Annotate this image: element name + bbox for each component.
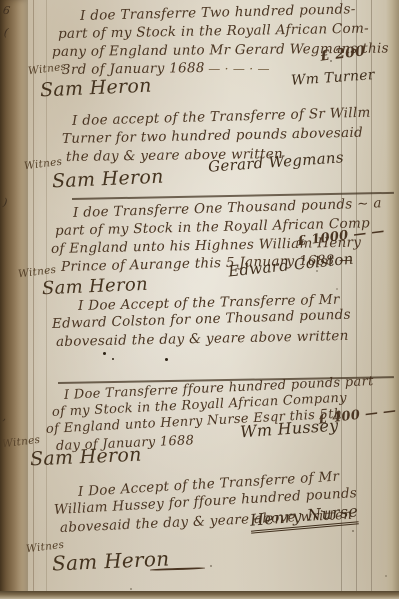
book-binding-edge: [0, 0, 28, 599]
manuscript-page: 6 ( ) , I doe Transferre Two hundred pou…: [0, 0, 399, 599]
page-bottom-edge: [0, 591, 399, 599]
ink-blot: [112, 358, 114, 360]
money-column-rule: [371, 0, 372, 599]
entry-6-witness-signature: Sam Heron: [52, 546, 170, 575]
gutter-fold-line: [33, 0, 34, 599]
ink-blot: [165, 358, 168, 361]
entry-2-witness-signature: Sam Heron: [52, 166, 165, 193]
entry-1-witness-signature: Sam Heron: [40, 75, 153, 102]
page-right-edge: [386, 0, 399, 599]
filler-dashes: · — · — · —: [200, 62, 270, 76]
ink-blot: [103, 352, 106, 355]
entry-4-acceptance-text: I Doe Accept of the Transferre of Mr Edw…: [64, 297, 351, 351]
entry-5-witness-signature: Sam Heron: [30, 444, 143, 471]
